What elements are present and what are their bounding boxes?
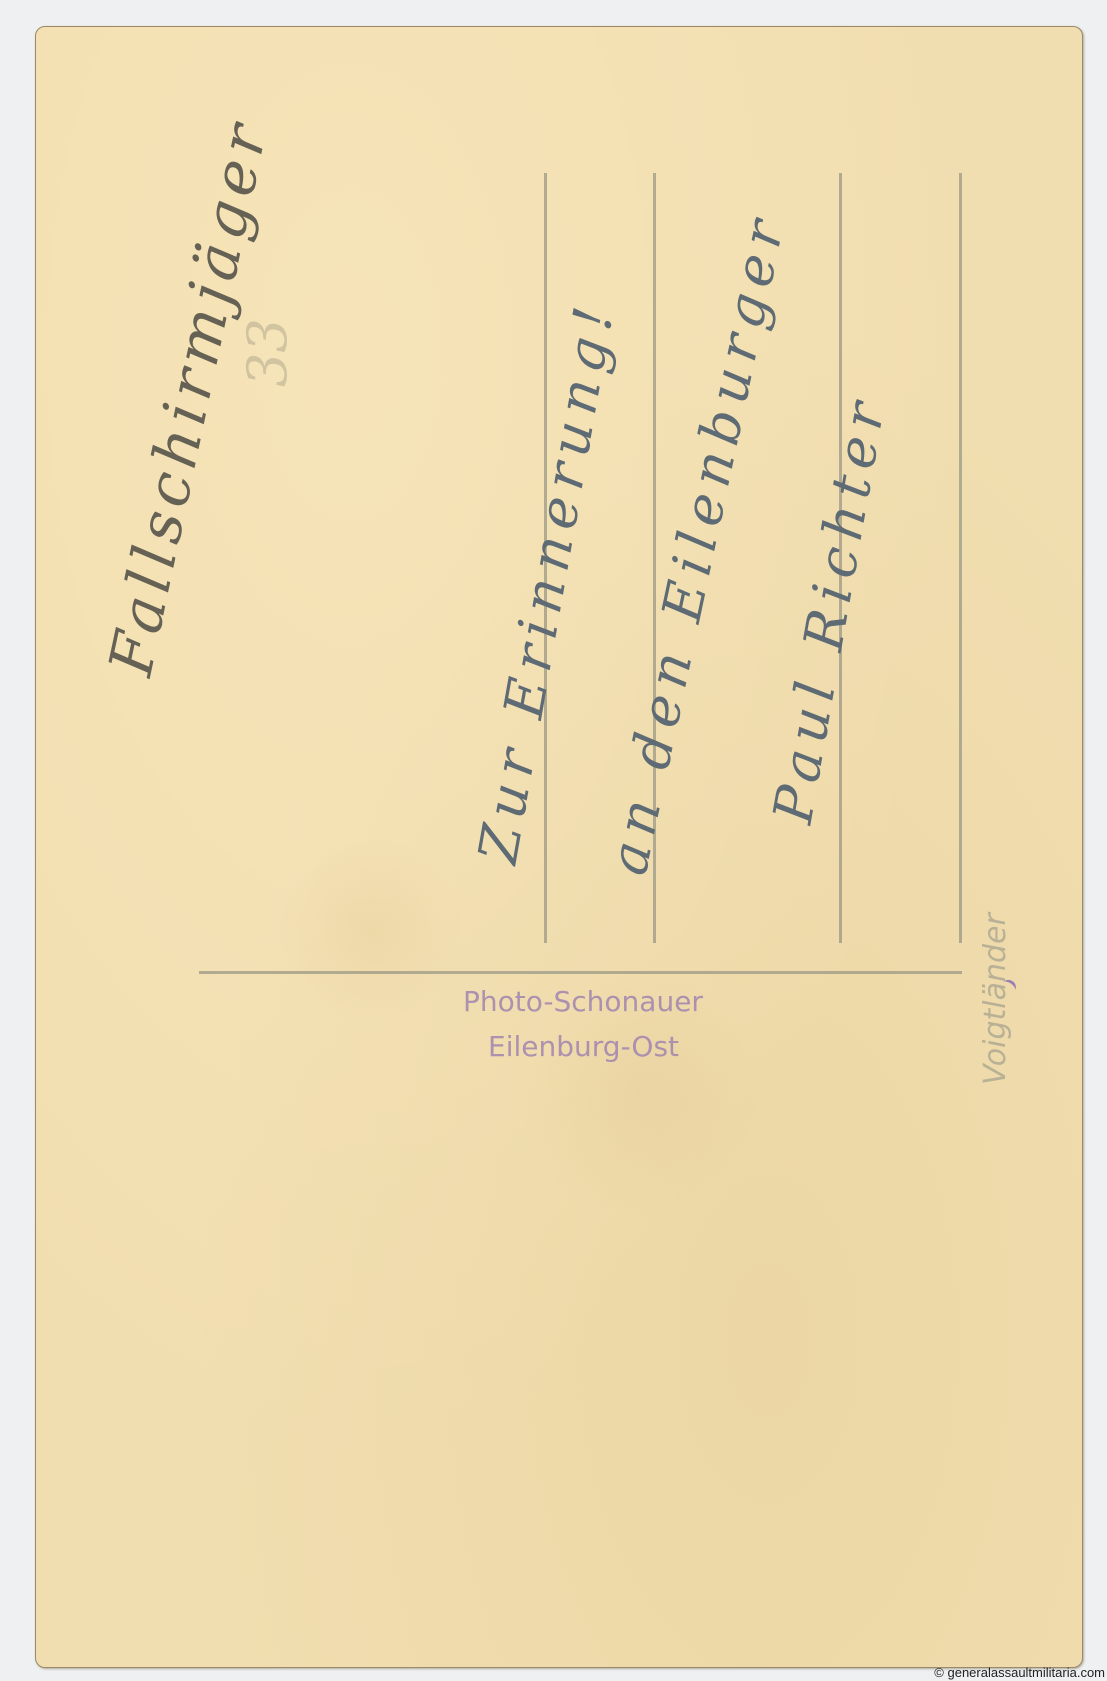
horizontal-rule: [199, 971, 962, 974]
erased-mark: 33: [236, 318, 299, 387]
pencil-note: Fallschirmjäger: [96, 113, 282, 682]
photographer-stamp-name: Photo-Schonauer: [463, 985, 703, 1018]
maker-imprint: Voigtländer: [978, 913, 1013, 1085]
photographer-stamp-city: Eilenburg-Ost: [488, 1030, 679, 1063]
copyright-watermark: © generalassaultmilitaria.com: [934, 1665, 1105, 1680]
postcard-back: Fallschirmjäger 33 Zur Erinnerung! an de…: [35, 26, 1083, 1668]
guide-line-4: [959, 173, 962, 943]
signature: Paul Richter: [761, 390, 898, 828]
